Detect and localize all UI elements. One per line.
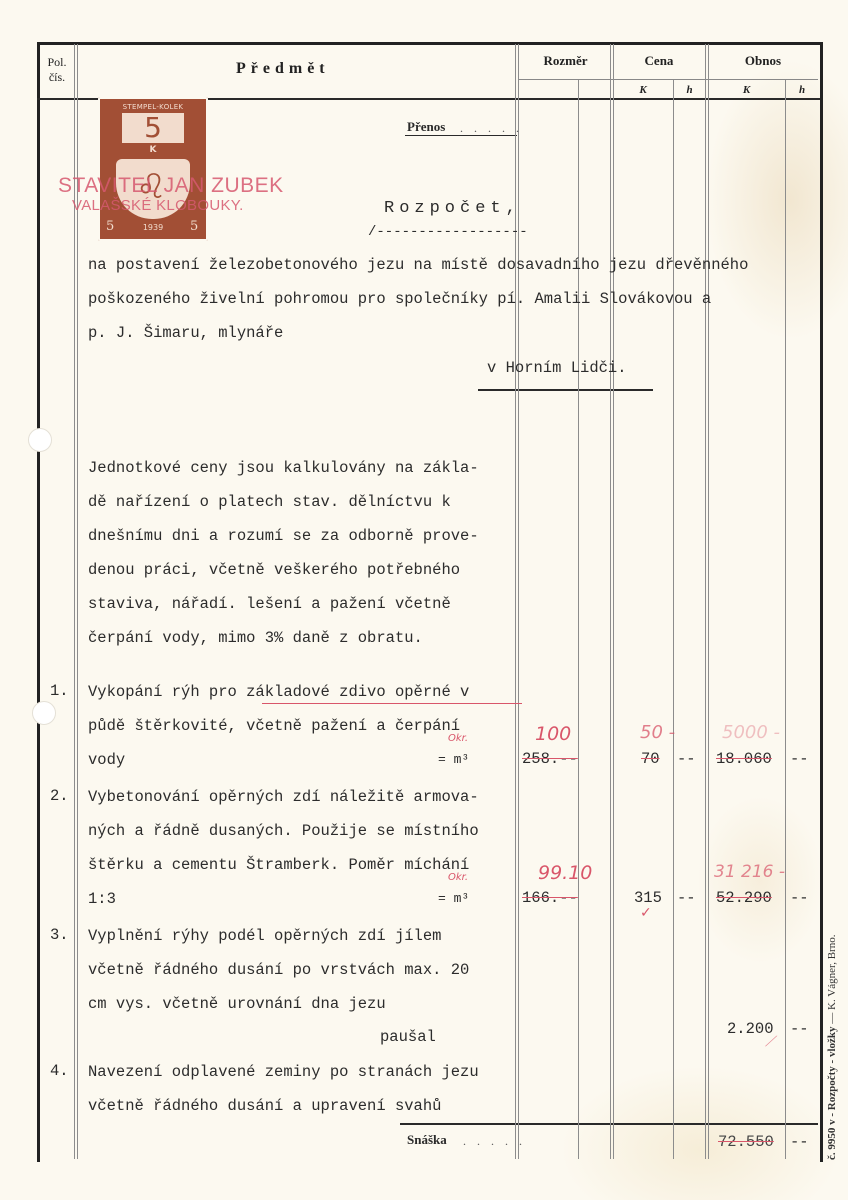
stamp-corner-right: 5 bbox=[190, 219, 198, 234]
item-rozmer: 258.-- bbox=[522, 750, 578, 768]
stamp-year: 1939 bbox=[132, 223, 174, 232]
item-annotation-obnos: 5000 - bbox=[722, 722, 780, 743]
item-number: 4. bbox=[50, 1062, 69, 1080]
stamp-unit: K bbox=[144, 145, 162, 157]
intro-line: na postavení železobetonového jezu na mí… bbox=[88, 255, 748, 275]
item-obnos-k: 52.290 bbox=[716, 889, 772, 907]
footer-title: Rozpočty - vložky bbox=[826, 1026, 838, 1110]
item-obnos-k: 18.060 bbox=[716, 750, 772, 768]
snaska-dots: . . . . . bbox=[463, 1134, 526, 1149]
note-line: dě nařízení o platech stav. dělníctvu k bbox=[88, 492, 451, 512]
item-line: včetně řádného dusání po vrstvách max. 2… bbox=[88, 960, 469, 980]
item-line: ných a řádně dusaných. Použije se místní… bbox=[88, 821, 479, 841]
intro-line: poškozeného živelní pohromou pro společn… bbox=[88, 289, 711, 309]
subheader-rule bbox=[518, 79, 818, 80]
col-divider-cena bbox=[610, 44, 614, 1159]
punch-hole bbox=[28, 428, 52, 452]
prenos-label: Přenos bbox=[407, 119, 445, 135]
item-unit: paušal bbox=[380, 1027, 436, 1047]
note-line: Jednotkové ceny jsou kalkulovány na zákl… bbox=[88, 458, 479, 478]
item-line: 1:3 bbox=[88, 889, 116, 909]
item-line: štěrku a cementu Štramberk. Poměr míchán… bbox=[88, 855, 469, 875]
item-number: 1. bbox=[50, 682, 69, 700]
header-pol-cis: Pol. čís. bbox=[43, 55, 71, 85]
item-annotation-obnos: 31 216 - bbox=[714, 862, 785, 882]
punch-hole bbox=[32, 701, 56, 725]
header-pol-label: Pol. bbox=[43, 55, 71, 70]
header-cena: Cena bbox=[613, 53, 705, 69]
rubber-stamp-name: STAVITEL JAN ZUBEK bbox=[58, 174, 284, 198]
item-line: půdě štěrkovité, včetně pažení a čerpání bbox=[88, 716, 460, 736]
item-obnos-h: -- bbox=[790, 889, 809, 907]
item-line: Vyplnění rýhy podél opěrných zdí jílem bbox=[88, 926, 441, 946]
item-line: včetně řádného dusání a upravení svahů bbox=[88, 1096, 441, 1116]
item-unit: = m³ bbox=[438, 889, 469, 909]
snaska-label: Snáška bbox=[407, 1132, 447, 1148]
header-predmet: Předmět bbox=[236, 60, 330, 78]
item-number: 2. bbox=[50, 787, 69, 805]
header-obnos-k: K bbox=[708, 84, 785, 96]
col-divider-cena-h bbox=[673, 80, 674, 1159]
note-line: staviva, nářadí. lešení a pažení včetně bbox=[88, 594, 451, 614]
footer-code: č. 9950 v bbox=[826, 1119, 838, 1160]
header-obnos-h: h bbox=[786, 84, 818, 96]
header-rozmer: Rozměr bbox=[518, 53, 613, 69]
item-line: vody bbox=[88, 750, 125, 770]
note-line: denou práci, včetně veškerého potřebného bbox=[88, 560, 460, 580]
rubber-stamp-town: VALAŠSKÉ KLOBOUKY. bbox=[72, 197, 244, 214]
revenue-stamp: STEMPEL-KOLEK 5 K ♌ 5 5 1939 bbox=[98, 97, 208, 241]
item-cena-h: -- bbox=[677, 889, 696, 907]
item-annotation-rozmer: 100 bbox=[535, 723, 571, 745]
item-cena-k: 70 bbox=[641, 750, 660, 768]
stamp-corner-left: 5 bbox=[106, 219, 114, 234]
footer-printer: K. Vágner, Brno. bbox=[826, 935, 838, 1010]
item-obnos-h: -- bbox=[790, 1020, 809, 1038]
item-obnos-h: -- bbox=[790, 750, 809, 768]
snaska-rule bbox=[400, 1123, 818, 1125]
item-unit: = m³ bbox=[438, 750, 469, 770]
place-line: v Horním Lidči. bbox=[487, 358, 627, 378]
item-line: Navezení odplavené zeminy po stranách je… bbox=[88, 1062, 479, 1082]
item-line: cm vys. včetně urovnání dna jezu bbox=[88, 994, 386, 1014]
item-annotation-cena: 50 - bbox=[640, 722, 675, 743]
place-underline bbox=[478, 389, 653, 391]
note-line: čerpání vody, mimo 3% daně z obratu. bbox=[88, 628, 423, 648]
prenos-dots: . . . . . bbox=[460, 121, 523, 136]
col-divider-obnos bbox=[705, 44, 709, 1159]
col-divider-obnos-h bbox=[785, 80, 786, 1159]
item-annotation-rozmer: 99.10 bbox=[538, 862, 592, 884]
snaska-obnos-h: -- bbox=[790, 1133, 809, 1151]
red-underline-mark bbox=[262, 703, 522, 704]
col-divider-rozmer-sub bbox=[578, 80, 579, 1159]
document-page: Pol. čís. Předmět Rozměr Cena Obnos K h … bbox=[0, 0, 848, 1200]
header-cis-label: čís. bbox=[43, 70, 71, 85]
header-cena-k: K bbox=[613, 84, 673, 96]
item-number: 3. bbox=[50, 926, 69, 944]
header-obnos: Obnos bbox=[708, 53, 818, 69]
header-cena-h: h bbox=[674, 84, 705, 96]
checkmark-icon: ✓ bbox=[640, 905, 652, 921]
title-underline: /------------------ bbox=[368, 222, 528, 242]
item-rozmer: 166.-- bbox=[522, 889, 578, 907]
snaska-obnos-k: 72.550 bbox=[718, 1133, 774, 1151]
printer-footer: č. 9950 v - Rozpočty - vložky — K. Vágne… bbox=[826, 935, 838, 1160]
item-annotation-unit: Okr. bbox=[448, 733, 468, 744]
intro-line: p. J. Šimaru, mlynáře bbox=[88, 323, 283, 343]
checkmark-icon: ⟋ bbox=[765, 1034, 775, 1050]
document-title: Rozpočet, bbox=[384, 199, 521, 219]
item-line: Vykopání rýh pro základové zdivo opěrné … bbox=[88, 682, 469, 702]
item-line: Vybetonování opěrných zdí náležitě armov… bbox=[88, 787, 479, 807]
stamp-value: 5 bbox=[122, 113, 184, 143]
item-annotation-unit: Okr. bbox=[448, 872, 468, 883]
item-cena-h: -- bbox=[677, 750, 696, 768]
note-line: dnešnímu dni a rozumí se za odborně prov… bbox=[88, 526, 479, 546]
